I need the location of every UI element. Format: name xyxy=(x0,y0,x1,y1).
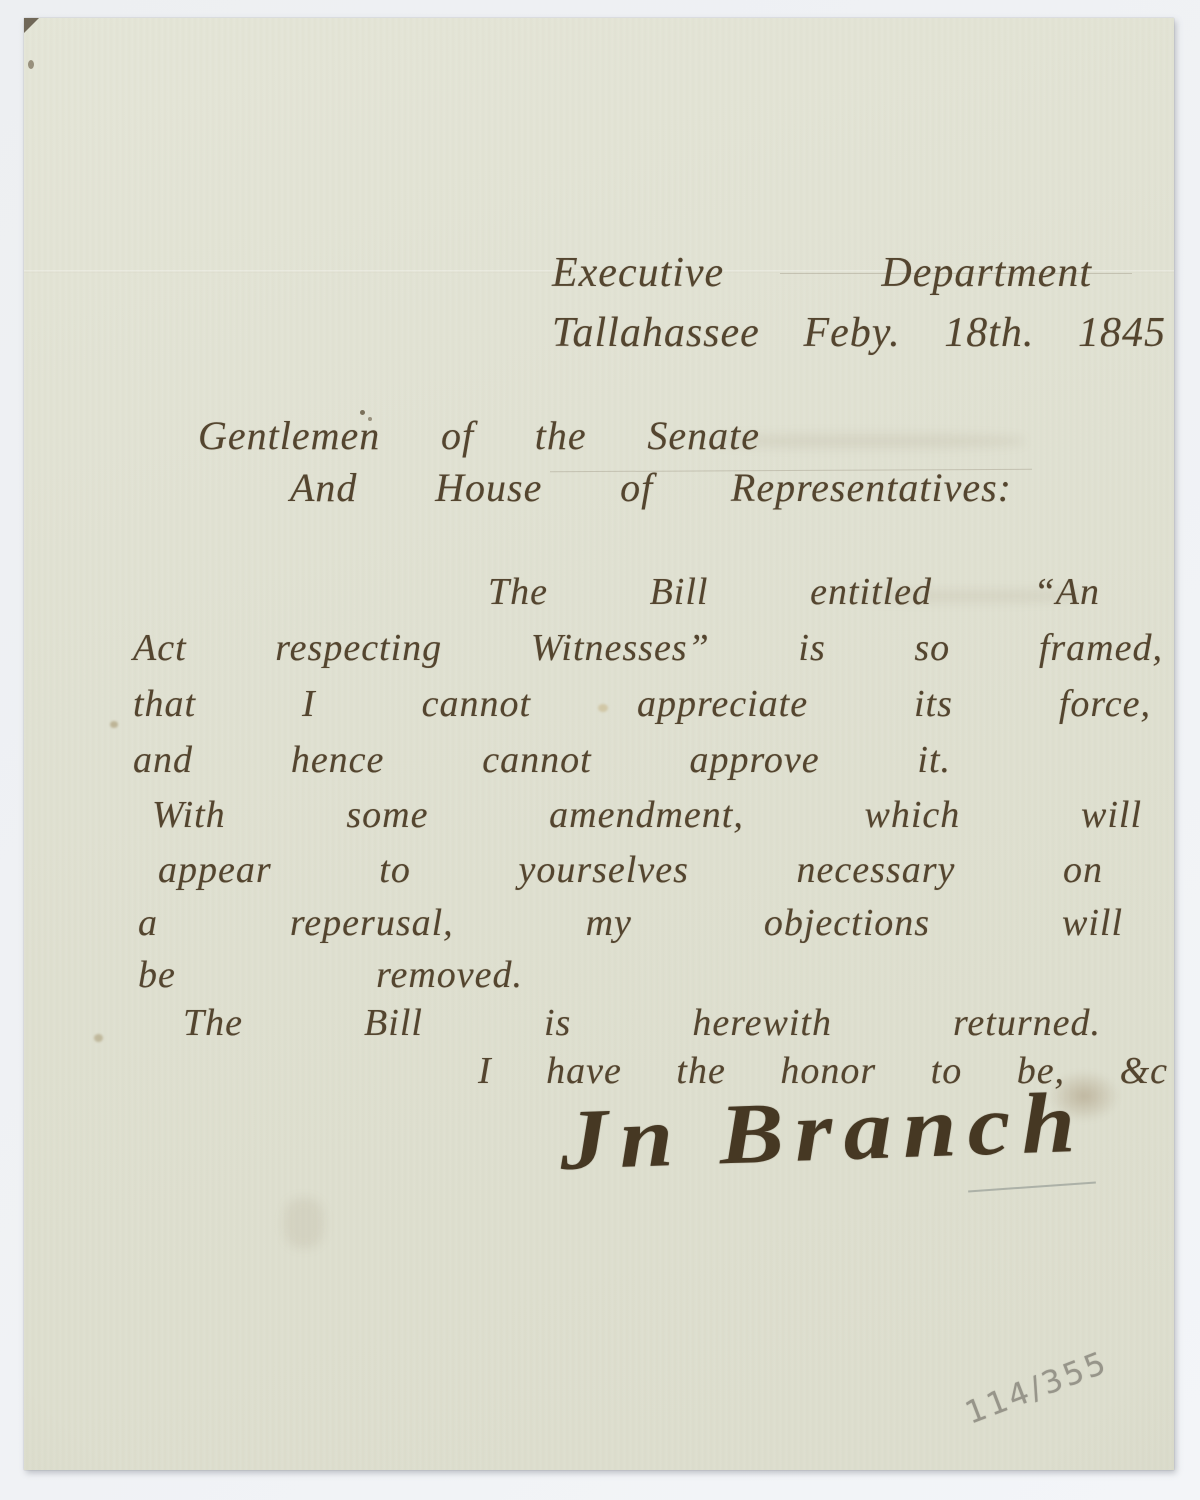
heading-line-2: Tallahassee Feby. 18th. 1845 xyxy=(552,308,1166,358)
body-line-4: and hence cannot approve it. xyxy=(133,738,951,784)
body-line-3: that I cannot appreciate its force, xyxy=(133,682,1151,728)
heading-line-1: Executive Department xyxy=(552,248,1092,298)
body-line-6: appear to yourselves necessary on xyxy=(158,848,1103,894)
salutation-line-2: And House of Representatives: xyxy=(290,464,1012,512)
fox-spot xyxy=(110,721,118,728)
corner-fold xyxy=(24,18,39,33)
signature: Jn Branch xyxy=(558,1072,1088,1190)
archival-number: 114/355 xyxy=(961,1344,1114,1431)
signature-underline-flourish xyxy=(968,1182,1096,1193)
body-line-7: a reperusal, my objections will xyxy=(138,901,1123,947)
scan-background: { "page": { "background_color": "#eef0f3… xyxy=(0,0,1200,1500)
body-line-9: The Bill is herewith returned. xyxy=(183,1001,1101,1047)
bleed-through-mark xyxy=(714,434,1024,448)
body-line-1: The Bill entitled “An xyxy=(488,570,1100,616)
body-line-8: be removed. xyxy=(138,953,523,999)
body-line-5: With some amendment, which will xyxy=(152,793,1142,839)
fox-spot xyxy=(28,60,34,69)
bleed-through-mark xyxy=(284,1198,324,1248)
fox-spot xyxy=(94,1034,103,1042)
letter-paper: Executive Department Tallahassee Feby. 1… xyxy=(24,18,1174,1470)
salutation-line-1: Gentlemen of the Senate xyxy=(198,412,760,460)
body-line-2: Act respecting Witnesses” is so framed, xyxy=(133,626,1163,672)
